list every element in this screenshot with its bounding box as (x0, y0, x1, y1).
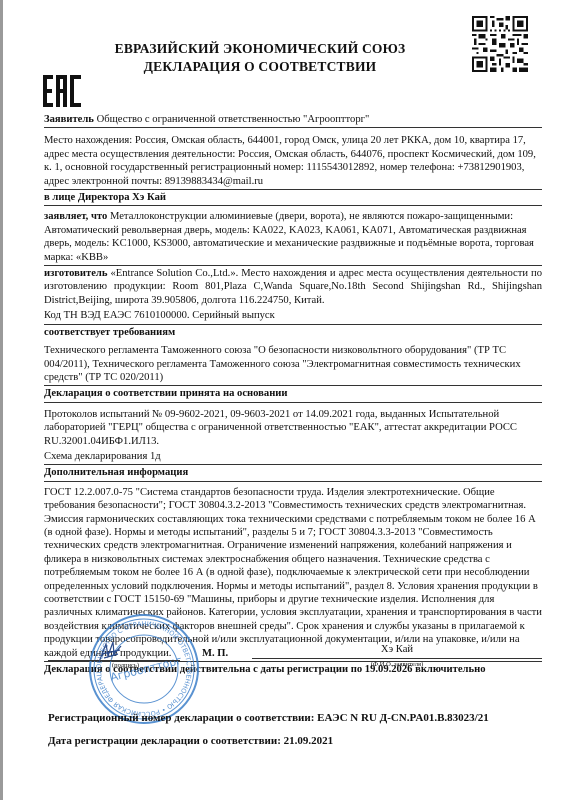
represented-by-row: в лице Директора Хэ Кай (44, 190, 542, 206)
declaration-body: Заявитель Общество с ограниченной ответс… (44, 112, 542, 677)
declaration-scheme: Схема декларирования 1д (44, 449, 542, 465)
complies-label: соответствует требованиям (44, 325, 542, 340)
signature-caption: (подпись) (112, 662, 139, 669)
signature-block: (подпись) М. П. Хэ Кай (Ф.И.О. заявителя… (44, 640, 542, 700)
basis-value: Протоколов испытаний № 09-9602-2021, 09-… (44, 407, 542, 449)
page-edge (0, 0, 3, 800)
union-title: ЕВРАЗИЙСКИЙ ЭКОНОМИЧЕСКИЙ СОЮЗ (80, 40, 440, 58)
manufacturer-value: «Entrance Solution Co.,Ltd.». Место нахо… (44, 268, 542, 306)
declares-label: заявляет, что (44, 211, 107, 222)
registration-number: Регистрационный номер декларации о соотв… (48, 712, 489, 724)
tn-ved-row: Код ТН ВЭД ЕАЭС 7610100000. Серийный вып… (44, 308, 542, 324)
manufacturer-row: изготовитель «Entrance Solution Co.,Ltd.… (44, 266, 542, 308)
document-header: ЕВРАЗИЙСКИЙ ЭКОНОМИЧЕСКИЙ СОЮЗ ДЕКЛАРАЦИ… (80, 40, 440, 76)
declaration-title: ДЕКЛАРАЦИЯ О СООТВЕТСТВИИ (80, 58, 440, 76)
manufacturer-label: изготовитель (44, 268, 107, 279)
declares-row: заявляет, что Металлоконструкции алюмини… (44, 209, 542, 266)
declares-value: Металлоконструкции алюминиевые (двери, в… (44, 211, 534, 262)
complies-value: Технического регламента Таможенного союз… (44, 343, 542, 386)
applicant-value: Общество с ограниченной ответственностью… (97, 114, 370, 125)
applicant-name: Хэ Кай (252, 644, 542, 655)
applicant-row: Заявитель Общество с ограниченной ответс… (44, 112, 542, 128)
registration-date: Дата регистрации декларации о соответств… (48, 735, 333, 747)
applicant-label: Заявитель (44, 114, 94, 125)
basis-label: Декларация о соответствии принята на осн… (44, 386, 542, 402)
name-line (252, 658, 542, 659)
additional-info-label: Дополнительная информация (44, 465, 542, 481)
seal-label: М. П. (202, 648, 228, 659)
signature-icon (96, 640, 126, 664)
address-row: Место нахождения: Россия, Омская область… (44, 133, 542, 190)
name-caption: (Ф.И.О. заявителя) (252, 661, 542, 668)
qr-code-icon (472, 16, 528, 72)
eac-logo-icon (42, 74, 82, 108)
